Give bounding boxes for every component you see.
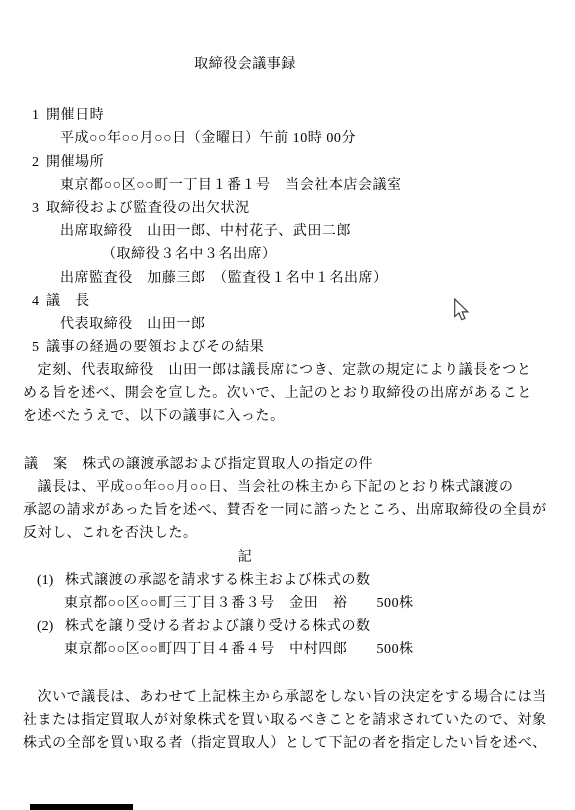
item-3-label: 取締役および監査役の出欠状況	[46, 201, 250, 216]
agenda-paragraph-line: 承認の請求があった旨を述べ、賛否を一同に諮ったところ、出席取締役の全員が	[23, 502, 547, 519]
item-1-number: 1	[32, 107, 46, 124]
closing-paragraph-line: 社または指定買取人が対象株式を買い取るべきことを請求されていたので、対象	[23, 712, 547, 729]
doc-title: 取締役会議事録	[0, 56, 490, 73]
item-1-detail: 平成○○年○○月○○日（金曜日）午前 10時 00分	[60, 130, 356, 147]
list-item-2-marker: (2)	[37, 618, 65, 635]
item-1-label: 開催日時	[46, 108, 104, 123]
item-4-number: 4	[32, 293, 46, 310]
item-2-label: 開催場所	[46, 155, 104, 170]
item-3-number: 3	[32, 200, 46, 217]
item-4-label: 議 長	[46, 294, 90, 309]
item-2: 2開催場所	[32, 154, 104, 171]
list-item-1-detail: 東京都○○区○○町三丁目３番３号 金田 裕 500株	[64, 595, 414, 612]
closing-paragraph-line: 次いで議長は、あわせて上記株主から承認をしない旨の決定をする場合には当	[23, 689, 547, 706]
mouse-cursor-icon	[453, 298, 470, 322]
item-5-number: 5	[32, 339, 46, 356]
closing-paragraph-line: 株式の全部を買い取る者（指定買取人）として下記の者を指定したい旨を述べ、	[23, 735, 547, 752]
item-3-detail-auditor: 出席監査役 加藤三郎 （監査役１名中１名出席）	[60, 270, 388, 287]
item-1: 1開催日時	[32, 107, 104, 124]
list-item-1-label: 株式譲渡の承認を請求する株主および株式の数	[65, 573, 371, 588]
item-3-detail-attendees: 出席取締役 山田一郎、中村花子、武田二郎	[60, 223, 351, 240]
item-2-detail: 東京都○○区○○町一丁目１番１号 当会社本店会議室	[60, 177, 402, 194]
item-3-detail-count: （取締役３名中３名出席）	[102, 246, 277, 263]
item-4: 4議 長	[32, 293, 90, 310]
list-item-2-detail: 東京都○○区○○町四丁目４番４号 中村四郎 500株	[64, 641, 414, 658]
list-item-1: (1)株式譲渡の承認を請求する株主および株式の数	[37, 572, 371, 589]
item-5-paragraph-line: を述べたうえで、以下の議事に入った。	[23, 408, 285, 425]
item-5: 5議事の経過の要領およびその結果	[32, 339, 264, 356]
item-3: 3取締役および監査役の出欠状況	[32, 200, 250, 217]
item-5-paragraph-line: 定刻、代表取締役 山田一郎は議長席につき、定款の規定により議長をつと	[23, 362, 531, 379]
list-item-2: (2)株式を譲り受ける者および譲り受ける株式の数	[37, 618, 371, 635]
window-edge-bar	[30, 804, 133, 810]
list-item-1-marker: (1)	[37, 572, 65, 589]
item-5-paragraph-line: める旨を述べ、開会を宣した。次いで、上記のとおり取締役の出席があること	[23, 385, 532, 402]
item-4-detail: 代表取締役 山田一郎	[60, 316, 206, 333]
item-2-number: 2	[32, 154, 46, 171]
agenda-paragraph-line: 反対し、これを否決した。	[23, 525, 198, 542]
list-item-2-label: 株式を譲り受ける者および譲り受ける株式の数	[65, 619, 371, 634]
item-5-label: 議事の経過の要領およびその結果	[46, 340, 264, 355]
agenda-heading: 議 案 株式の譲渡承認および指定買取人の指定の件	[24, 456, 373, 473]
agenda-paragraph-line: 議長は、平成○○年○○月○○日、当会社の株主から下記のとおり株式譲渡の	[23, 479, 514, 496]
document-page: 取締役会議事録 1開催日時 平成○○年○○月○○日（金曜日）午前 10時 00分…	[0, 0, 575, 810]
ki-heading: 記	[0, 549, 490, 566]
